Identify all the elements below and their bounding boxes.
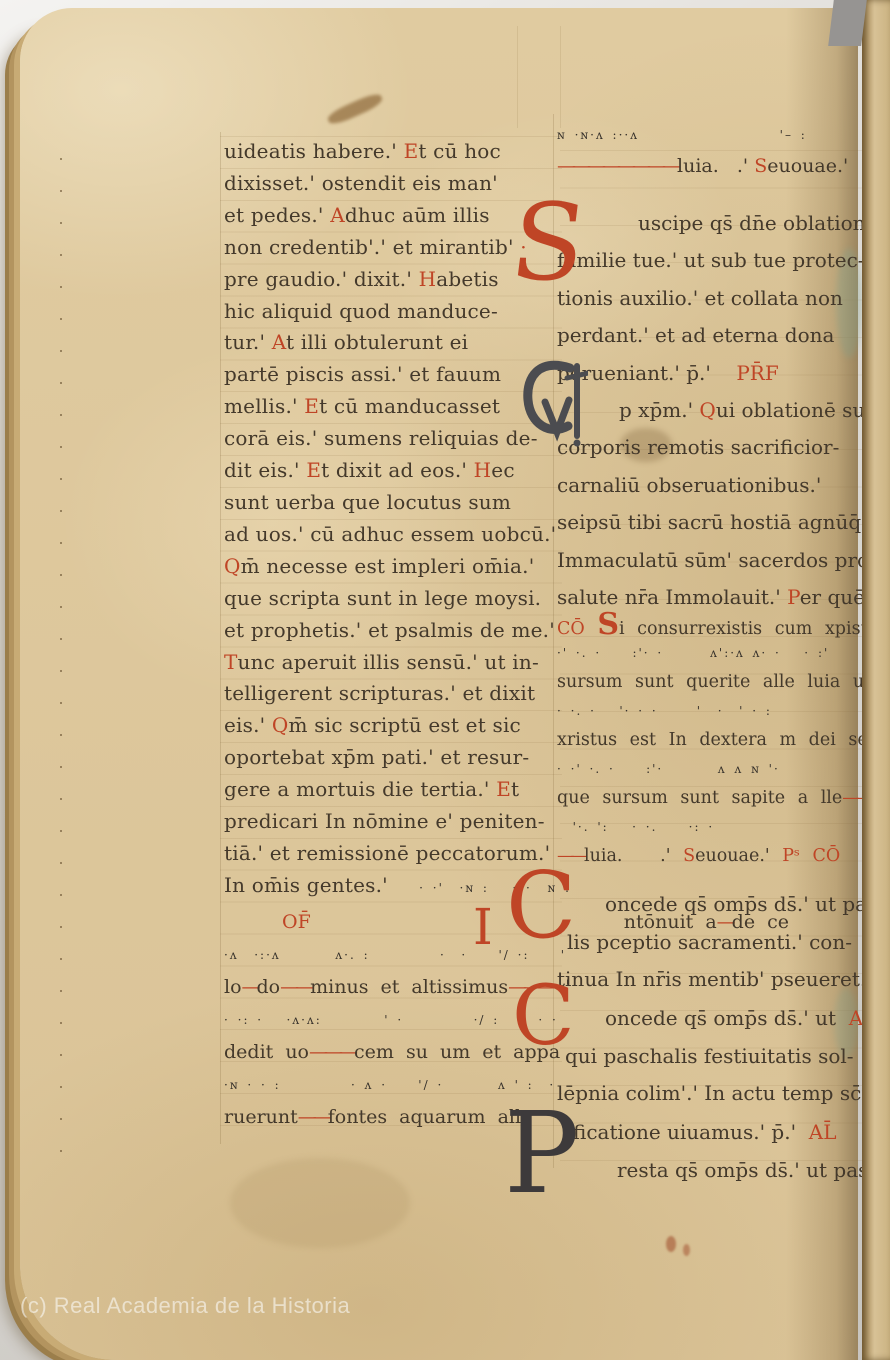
rubric-run: OF̄ xyxy=(282,911,311,933)
text-run: i consurrexistis cum xpisto que xyxy=(619,619,890,639)
text-run: ad uos.' cū adhuc essem uobcū.' xyxy=(224,522,556,546)
rubric-run: E xyxy=(496,777,511,801)
text-run: et prophetis.' et psalmis de me.' xyxy=(224,618,555,642)
manuscript-line: que scripta sunt in lege moysi. xyxy=(224,583,568,615)
text-run: familie tue.' ut sub tue protec- xyxy=(557,248,865,272)
manuscript-line: ɴ ·ɴ·ʌ :··ʌ '– : · · : '· xyxy=(557,120,890,151)
text-run: dedit uo xyxy=(224,1041,309,1063)
manuscript-line: · ·' ·. · :'· ʌ ʌ ɴ '· xyxy=(557,755,890,784)
manuscript-line: corā eis.' sumens reliquias de- xyxy=(224,423,568,455)
text-run: perdant.' et ad eterna dona xyxy=(557,323,834,347)
text-run: seipsū tibi sacrū hostiā agnūq̄' xyxy=(557,510,867,534)
text-run: ec xyxy=(491,458,514,482)
text-run: luia. .' xyxy=(677,155,754,177)
manuscript-line: perueniant.' p̄.' PR̄F xyxy=(557,355,890,392)
manuscript-line: oncede qs̄ omp̄s ds̄.' ut pascha- xyxy=(557,886,890,924)
text-run: dhuc aūm illis xyxy=(345,203,490,227)
rubric-run: A xyxy=(330,203,345,227)
text-run: Immaculatū sūm' sacerdos pro xyxy=(557,548,869,572)
text-run: que scripta sunt in lege moysi. xyxy=(224,586,541,610)
text-run: hic aliquid quod manduce- xyxy=(224,299,498,323)
rubric-run: T xyxy=(224,650,238,674)
right-column-neumes-euouae: ɴ ·ɴ·ʌ :··ʌ '– : · · : '·————————luia. .… xyxy=(557,120,890,182)
right-column-alia-prayer: oncede qs̄ omp̄s ds̄.' ut AL̄qui paschal… xyxy=(557,1000,890,1113)
rubric-run: S xyxy=(754,155,767,177)
manuscript-line: perdant.' et ad eterna dona xyxy=(557,317,890,354)
manuscript-line: CŌ Si consurrexistis cum xpisto que xyxy=(557,610,890,639)
text-run: oncede qs̄ omp̄s ds̄.' ut pascha- xyxy=(605,892,890,916)
right-column-secreta-prayer: uscipe qs̄ dn̄e oblationes SC̄Rfamilie t… xyxy=(557,205,890,392)
text-run: oportebat xp̄m pati.' et resur- xyxy=(224,745,529,769)
text-run: dixisset.' ostendit eis man' xyxy=(224,171,498,195)
red-paint-mark xyxy=(666,1236,676,1252)
text-run: qui paschalis festiuitatis sol- xyxy=(565,1044,854,1068)
red-filler-line: — xyxy=(242,976,257,998)
facing-page-edge xyxy=(862,0,890,1360)
rubric-run: E xyxy=(404,139,419,163)
right-column-communio-chant: CŌ Si consurrexistis cum xpisto que·' ·.… xyxy=(557,610,890,871)
neume-run: ·' ·. · :'· · ʌ':·ʌ ʌ· · · :' xyxy=(557,646,829,660)
text-run: p xp̄m.' xyxy=(619,398,699,422)
photo-background: uideatis habere.' Et cū hocdixisset.' os… xyxy=(0,0,890,1360)
text-run: corā eis.' sumens reliquias de- xyxy=(224,426,538,450)
text-run: oncede qs̄ omp̄s ds̄.' ut xyxy=(605,1006,849,1030)
red-filler-line: —— xyxy=(298,1106,328,1128)
text-run: dit eis.' xyxy=(224,458,306,482)
text-run: lēpnia colim'.' In actu temp sc̄i- xyxy=(557,1081,874,1105)
manuscript-line: dixisset.' ostendit eis man' xyxy=(224,168,568,200)
text-run: carnaliū obseruationibus.' xyxy=(557,473,821,497)
text-run: tionis auxilio.' et collata non xyxy=(557,286,843,310)
text-run: minus et altissimus xyxy=(310,976,508,998)
manuscript-line: mellis.' Et cū manducasset xyxy=(224,391,568,423)
text-run: m̄ sic scriptū est et sic xyxy=(289,713,521,737)
rubric-run: Q xyxy=(224,554,241,578)
rubric-run: E xyxy=(304,394,319,418)
background-gap-top-right xyxy=(828,0,867,46)
manuscript-line: ·' ·. · :'· · ʌ':·ʌ ʌ· · · :' xyxy=(557,639,890,668)
manuscript-page: uideatis habere.' Et cū hocdixisset.' os… xyxy=(20,8,858,1360)
text-run: ui oblationē sui xyxy=(716,398,872,422)
manuscript-line: '·. ': · ·. ·: · xyxy=(557,813,890,842)
text-run: xristus est In dextera m dei se dens xyxy=(557,730,890,750)
vertical-ruling-top-b xyxy=(560,26,561,128)
decorated-initial-c: C xyxy=(506,860,576,952)
manuscript-line: eis.' Qm̄ sic scriptū est et sic xyxy=(224,710,568,742)
vertical-ruling-top-a xyxy=(517,26,518,128)
manuscript-line: xristus est In dextera m dei se dens xyxy=(557,726,890,755)
manuscript-line: ficatione uiuamus.' p̄.' AL̄ xyxy=(557,1113,890,1151)
text-run: telligerent scripturas.' et dixit xyxy=(224,681,535,705)
red-filler-line: —— xyxy=(280,976,310,998)
rubric-run: PR̄F xyxy=(736,361,778,385)
red-paint-mark xyxy=(683,1244,690,1256)
manuscript-line: sursum sunt querite alle luia ubi xyxy=(557,668,890,697)
text-run: sunt uerba que locutus sum xyxy=(224,490,511,514)
manuscript-line: partē piscis assi.' et fauum xyxy=(224,359,568,391)
text-run: uideatis habere.' xyxy=(224,139,404,163)
text-run: do xyxy=(257,976,281,998)
text-run: corporis remotis sacrificior- xyxy=(557,435,839,459)
red-filler-line: ———————— xyxy=(557,155,677,177)
text-run: m̄ necesse est impleri om̄ia.' xyxy=(241,554,535,578)
text-run: salute nr̄a Immolauit.' xyxy=(557,585,787,609)
manuscript-line: tur.' At illi obtulerunt ei xyxy=(224,327,568,359)
manuscript-line: resta qs̄ omp̄s ds̄.' ut pasche fes- xyxy=(557,1151,890,1189)
text-run: ficatione uiuamus.' p̄.' xyxy=(573,1120,809,1144)
text-run: euouae.' xyxy=(767,155,848,177)
manuscript-line: gere a mortuis die tertia.' Et xyxy=(224,774,568,806)
rubric-run: H xyxy=(419,267,437,291)
text-run: unc aperuit illis sensū.' ut in- xyxy=(238,650,539,674)
rubric-run: E xyxy=(306,458,321,482)
neume-run: · ·: · ·ʌ·ʌ: ' · ·/ : · · xyxy=(224,1013,558,1027)
text-run: fontes aquarum alle xyxy=(328,1106,533,1128)
manuscript-line: familie tue.' ut sub tue protec- xyxy=(557,242,890,279)
text-run: tinua In nr̄is mentib' pseueret.' p̄. xyxy=(557,967,890,991)
text-run: lis pceptio sacramenti.' con- xyxy=(567,930,852,954)
rubric-run: A xyxy=(272,330,286,354)
decorated-initial-s: S xyxy=(505,190,591,296)
manuscript-line: oncede qs̄ omp̄s ds̄.' ut AL̄ xyxy=(557,1000,890,1038)
manuscript-line: Qm̄ necesse est impleri om̄ia.' xyxy=(224,551,568,583)
neume-run: '·. ': · ·. ·: · xyxy=(557,820,714,834)
text-run: predicari In nōmine e' peniten- xyxy=(224,809,545,833)
rubric-run: H xyxy=(474,458,492,482)
text-run: sursum sunt querite alle luia ubi xyxy=(557,672,881,692)
manuscript-line: · ·. · '· · · ' · ' · : xyxy=(557,697,890,726)
text-run: non credentib'.' et mirantib' xyxy=(224,235,514,259)
manuscript-line: ad uos.' cū adhuc essem uobcū.' xyxy=(224,519,568,551)
manuscript-line: oportebat xp̄m pati.' et resur- xyxy=(224,742,568,774)
manuscript-line: dit eis.' Et dixit ad eos.' Hec xyxy=(224,455,568,487)
text-run: t illi obtulerunt ei xyxy=(286,330,468,354)
rubric-run: Q xyxy=(272,713,289,737)
manuscript-line: ————————luia. .' Seuouae.' xyxy=(557,151,890,182)
text-run: t cū hoc xyxy=(418,139,501,163)
right-column-postcommunio-prayer: oncede qs̄ omp̄s ds̄.' ut pascha-lis pce… xyxy=(557,886,890,999)
neume-run: · ·' ·. · :'· ʌ ʌ ɴ '· xyxy=(557,762,780,776)
neume-run: ɴ ·ɴ·ʌ :··ʌ '– : · · : '· xyxy=(557,128,890,142)
manuscript-line: que sursum sunt sapite a lle——— ' xyxy=(557,784,890,813)
right-column-final-prayer: ficatione uiuamus.' p̄.' AL̄resta qs̄ om… xyxy=(557,1113,890,1189)
manuscript-line: tionis auxilio.' et collata non xyxy=(557,280,890,317)
text-run: mellis.' xyxy=(224,394,304,418)
vere-dignum-monogram-icon xyxy=(520,356,588,448)
red-filler-line: ——— xyxy=(309,1041,354,1063)
copyright-watermark: (c) Real Academia de la Historia xyxy=(20,1293,350,1319)
text-run: lo xyxy=(224,976,242,998)
manuscript-line: Immaculatū sūm' sacerdos pro xyxy=(557,542,890,579)
vertical-ruling-left xyxy=(220,132,221,1144)
manuscript-line: corporis remotis sacrificior- xyxy=(557,429,890,466)
decorated-initial-c2: C xyxy=(512,976,575,1058)
text-run: resta qs̄ omp̄s ds̄.' ut pasche fes- xyxy=(617,1158,890,1182)
manuscript-line: lis pceptio sacramenti.' con- xyxy=(557,924,890,962)
manuscript-line: sunt uerba que locutus sum xyxy=(224,487,568,519)
text-run: et pedes.' xyxy=(224,203,330,227)
prick-marks xyxy=(60,158,62,1158)
text-run: partē piscis assi.' et fauum xyxy=(224,362,501,386)
text-run: que sursum sunt sapite a lle xyxy=(557,788,842,808)
text-run: luia. .' xyxy=(584,846,683,866)
manuscript-line: p xp̄m.' Qui oblationē sui xyxy=(557,392,890,429)
text-run: t xyxy=(511,777,519,801)
manuscript-line: ——luia. .' Seuouae.' Pˢ CŌ xyxy=(557,842,890,871)
rubric-run: Q xyxy=(699,398,715,422)
rubric-run: AL̄ xyxy=(809,1120,837,1144)
manuscript-line: Tunc aperuit illis sensū.' ut in- xyxy=(224,647,568,679)
manuscript-line: et prophetis.' et psalmis de me.' xyxy=(224,615,568,647)
rubric-run: S xyxy=(597,607,619,642)
neume-run: · ·. · '· · · ' · ' · : xyxy=(557,704,772,718)
rubric-run: S xyxy=(683,846,695,866)
manuscript-line: uideatis habere.' Et cū hoc xyxy=(224,136,568,168)
text-run: t cū manducasset xyxy=(319,394,500,418)
decorated-initial-p: P xyxy=(504,1098,579,1210)
rubric-run: P xyxy=(787,585,800,609)
manuscript-line: predicari In nōmine e' peniten- xyxy=(224,806,568,838)
manuscript-line: qui paschalis festiuitatis sol- xyxy=(557,1038,890,1076)
right-column-preface-text: p xp̄m.' Qui oblationē suicorporis remot… xyxy=(557,392,890,616)
text-run: tur.' xyxy=(224,330,272,354)
manuscript-line: tinua In nr̄is mentib' pseueret.' p̄. xyxy=(557,961,890,999)
rubric-run: CŌ xyxy=(557,619,597,639)
manuscript-line: lēpnia colim'.' In actu temp sc̄i- xyxy=(557,1075,890,1113)
manuscript-line: telligerent scripturas.' et dixit xyxy=(224,678,568,710)
text-run: ruerunt xyxy=(224,1106,298,1128)
ink-streak-stain xyxy=(326,91,385,127)
manuscript-line: carnaliū obseruationibus.' xyxy=(557,467,890,504)
text-run: gere a mortuis die tertia.' xyxy=(224,777,496,801)
soiling-stain xyxy=(230,1158,410,1248)
manuscript-line: uscipe qs̄ dn̄e oblationes SC̄R xyxy=(557,205,890,242)
text-run: euouae.' xyxy=(695,846,782,866)
text-run: In om̄is gentes.' xyxy=(224,873,388,897)
text-run: tiā.' et remissionē peccatorum.' xyxy=(224,841,550,865)
manuscript-line: seipsū tibi sacrū hostiā agnūq̄' xyxy=(557,504,890,541)
text-run: eis.' xyxy=(224,713,272,737)
text-run: pre gaudio.' dixit.' xyxy=(224,267,419,291)
text-run: t dixit ad eos.' xyxy=(321,458,474,482)
rubric-run: Pˢ CŌ xyxy=(782,846,840,866)
decorated-initial-i: I xyxy=(473,902,493,952)
text-run: abetis xyxy=(436,267,498,291)
text-run: uscipe qs̄ dn̄e oblationes xyxy=(638,211,890,235)
